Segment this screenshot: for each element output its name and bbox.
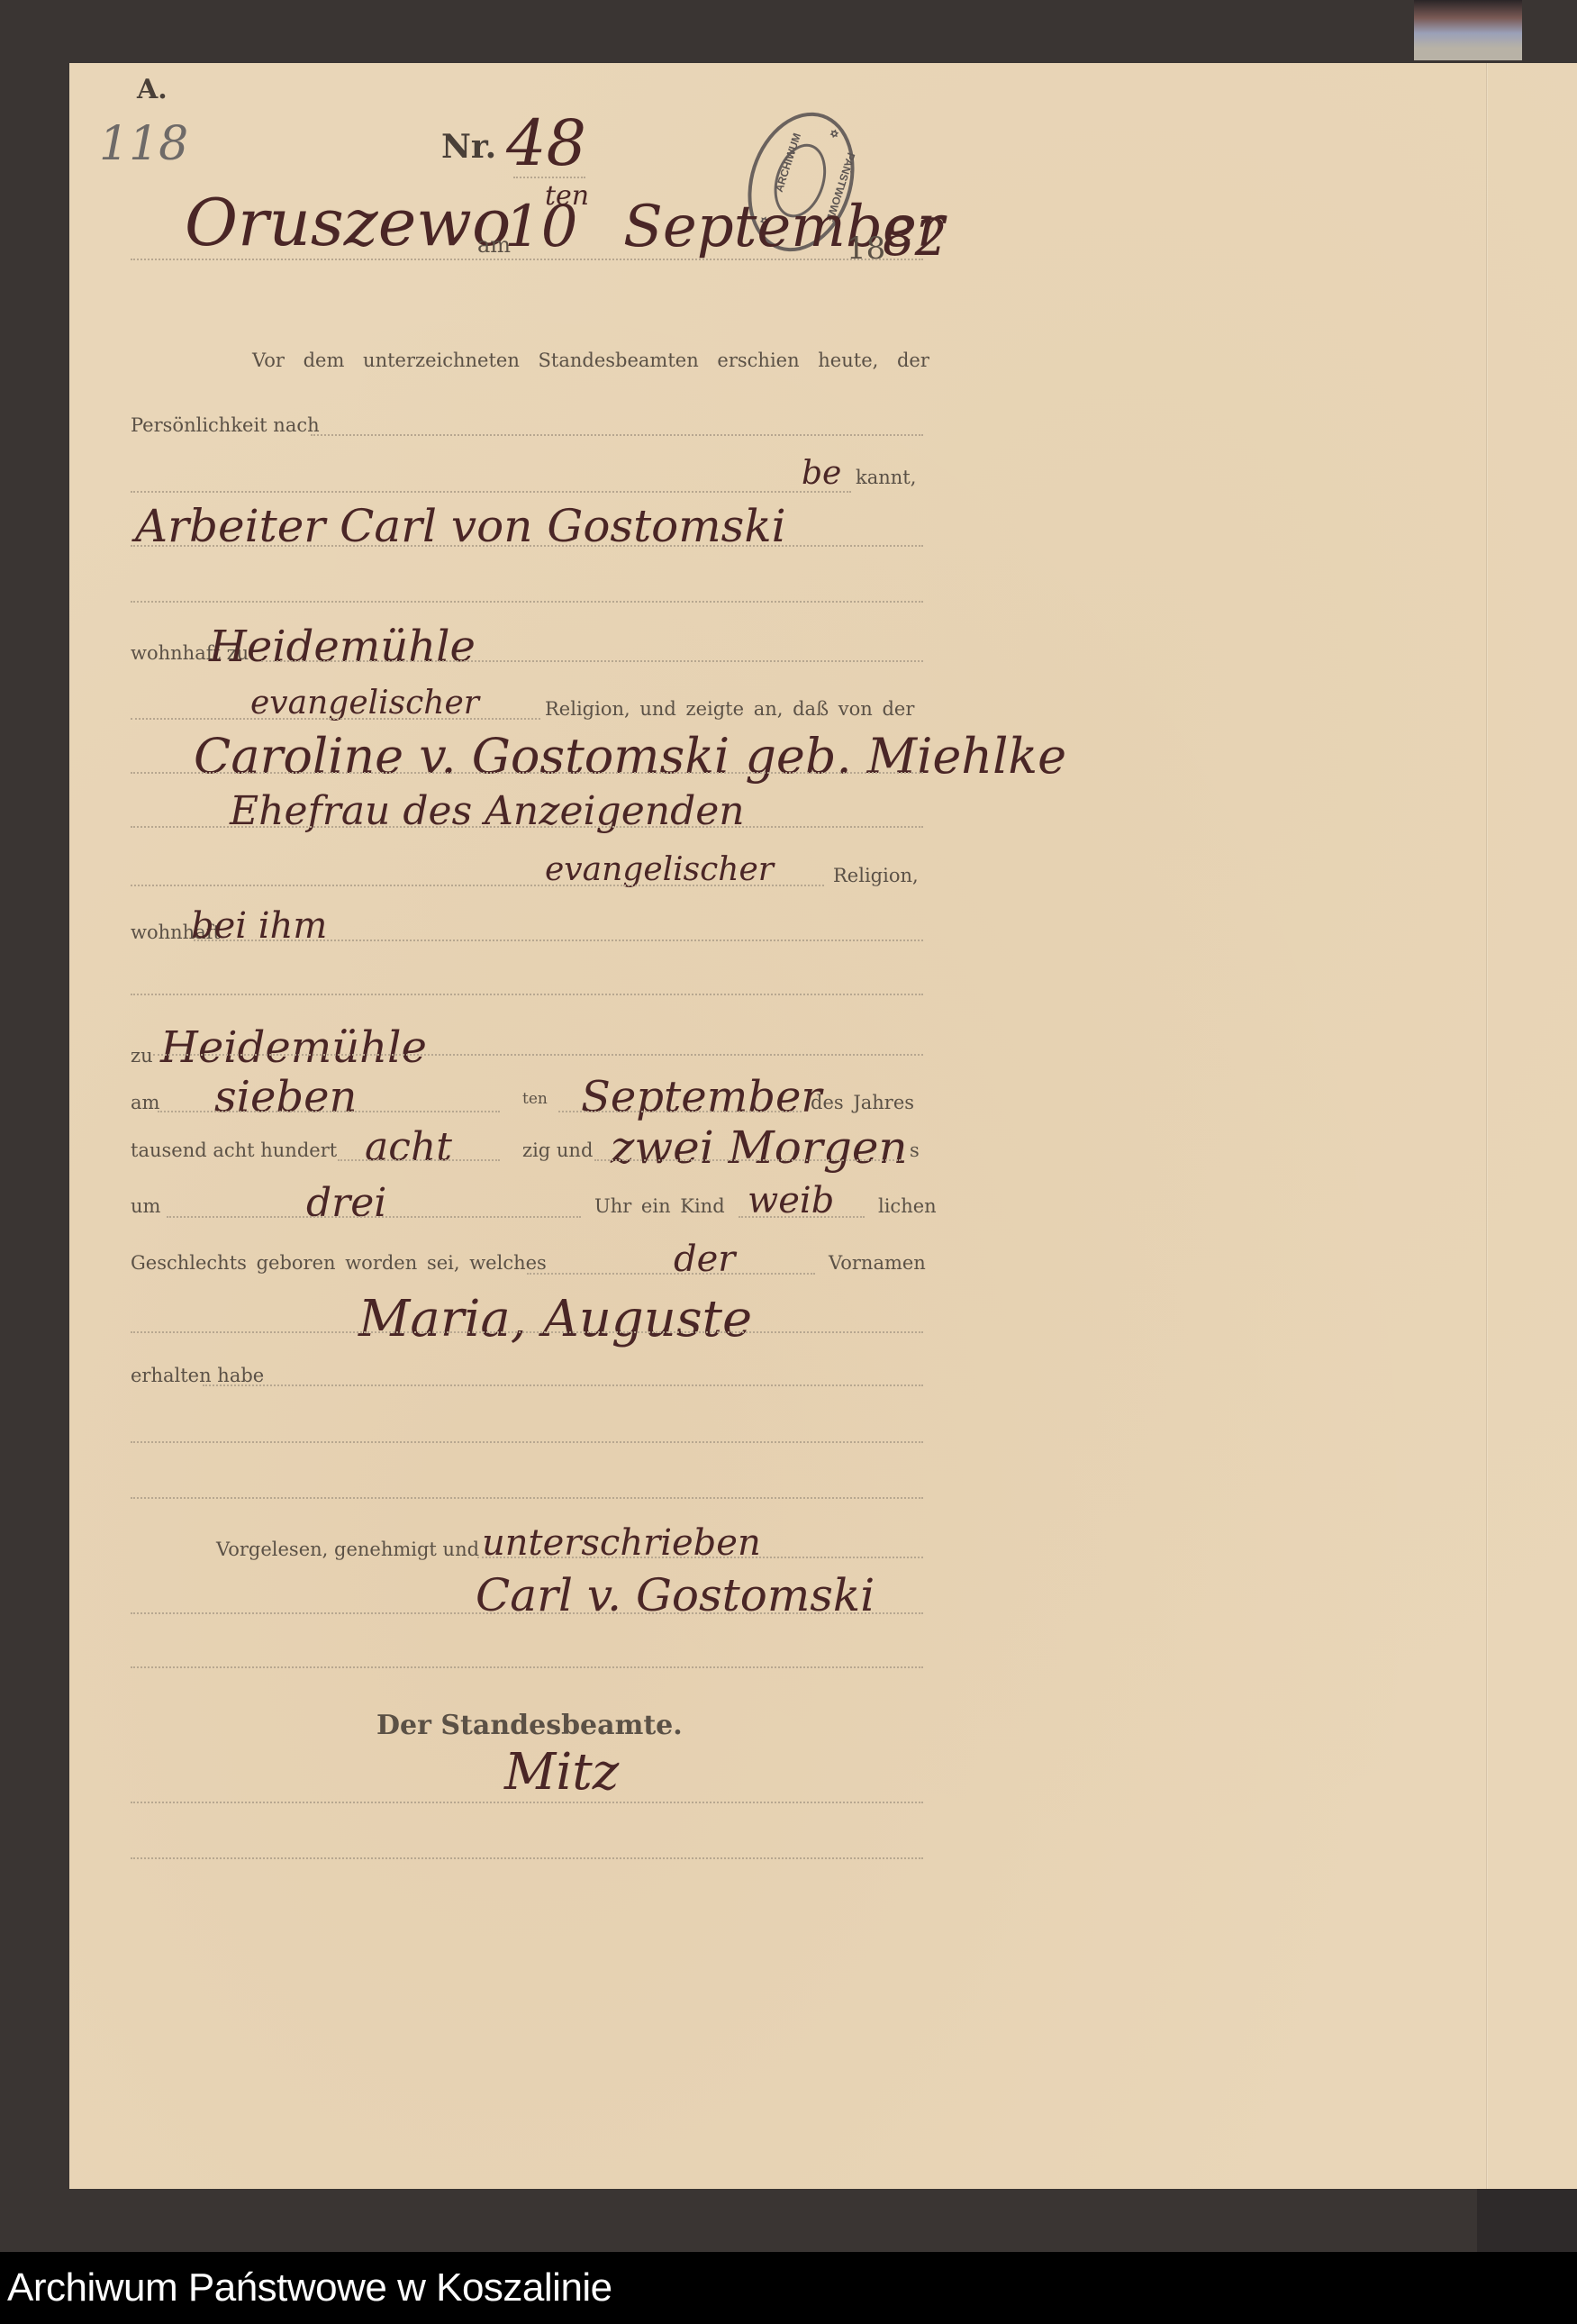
book-edge <box>1414 0 1522 60</box>
geschlechts-label: Geschlechts geboren worden sei, welches <box>131 1252 547 1274</box>
vorgelesen-label: Vorgelesen, genehmigt und <box>216 1539 479 1560</box>
s-suffix: s <box>910 1139 920 1161</box>
um-label: um <box>131 1195 160 1217</box>
lichen-label: lichen <box>878 1195 937 1217</box>
form-letter: A. <box>137 74 168 105</box>
bekannt-handwritten: be <box>802 455 841 492</box>
ten-label: ten <box>522 1090 548 1108</box>
am-label-2: am <box>131 1092 159 1113</box>
intro-text: Vor dem unterzeichneten Standesbeamten e… <box>252 350 929 371</box>
vornamen-label: Vornamen <box>829 1252 926 1274</box>
religion-1: evangelischer <box>250 685 479 722</box>
zig-und-label: zig und <box>522 1139 593 1161</box>
official-signature: Mitz <box>504 1743 619 1802</box>
record-number: 48 <box>506 106 586 180</box>
religion-2-text: Religion, <box>833 865 919 886</box>
birth-month: September <box>581 1072 821 1122</box>
year-printed: 18 <box>847 231 885 267</box>
tausend-label: tausend acht hundert <box>131 1139 337 1161</box>
erhalten-label: erhalten habe <box>131 1365 264 1386</box>
decade-word: acht <box>365 1124 452 1170</box>
archive-caption: Archiwum Państwowe w Koszalinie <box>7 2265 612 2310</box>
religion-1-text: Religion, und zeigte an, daß von der <box>545 698 914 720</box>
place-name: Oruszewo <box>185 185 511 260</box>
birth-day: sieben <box>214 1072 357 1122</box>
unit-and-time: zwei Morgen <box>611 1121 908 1174</box>
residence-1: Heidemühle <box>209 622 476 672</box>
zu-label: zu <box>131 1045 153 1067</box>
book-edge-bottom <box>1477 2189 1577 2252</box>
bekannt-printed: kannt, <box>856 467 916 488</box>
religion-2: evangelischer <box>545 851 774 888</box>
des-jahres-label: des Jahres <box>811 1092 914 1113</box>
persoenlichkeit-label: Persönlichkeit nach <box>131 414 320 436</box>
official-title: Der Standesbeamte. <box>376 1710 683 1741</box>
uhr-kind-label: Uhr ein Kind <box>594 1195 725 1217</box>
page-fold <box>1486 63 1488 2189</box>
pencil-page-number: 118 <box>99 117 188 171</box>
star-icon: ✡ <box>828 127 840 141</box>
date-day-suffix: ten <box>545 180 589 212</box>
child-names: Maria, Auguste <box>358 1290 752 1348</box>
birth-hour: drei <box>306 1180 386 1226</box>
residence-3: Heidemühle <box>160 1022 427 1073</box>
mother-name: Caroline v. Gostomski geb. Miehlke <box>194 728 1066 785</box>
nr-label: Nr. <box>441 128 496 166</box>
